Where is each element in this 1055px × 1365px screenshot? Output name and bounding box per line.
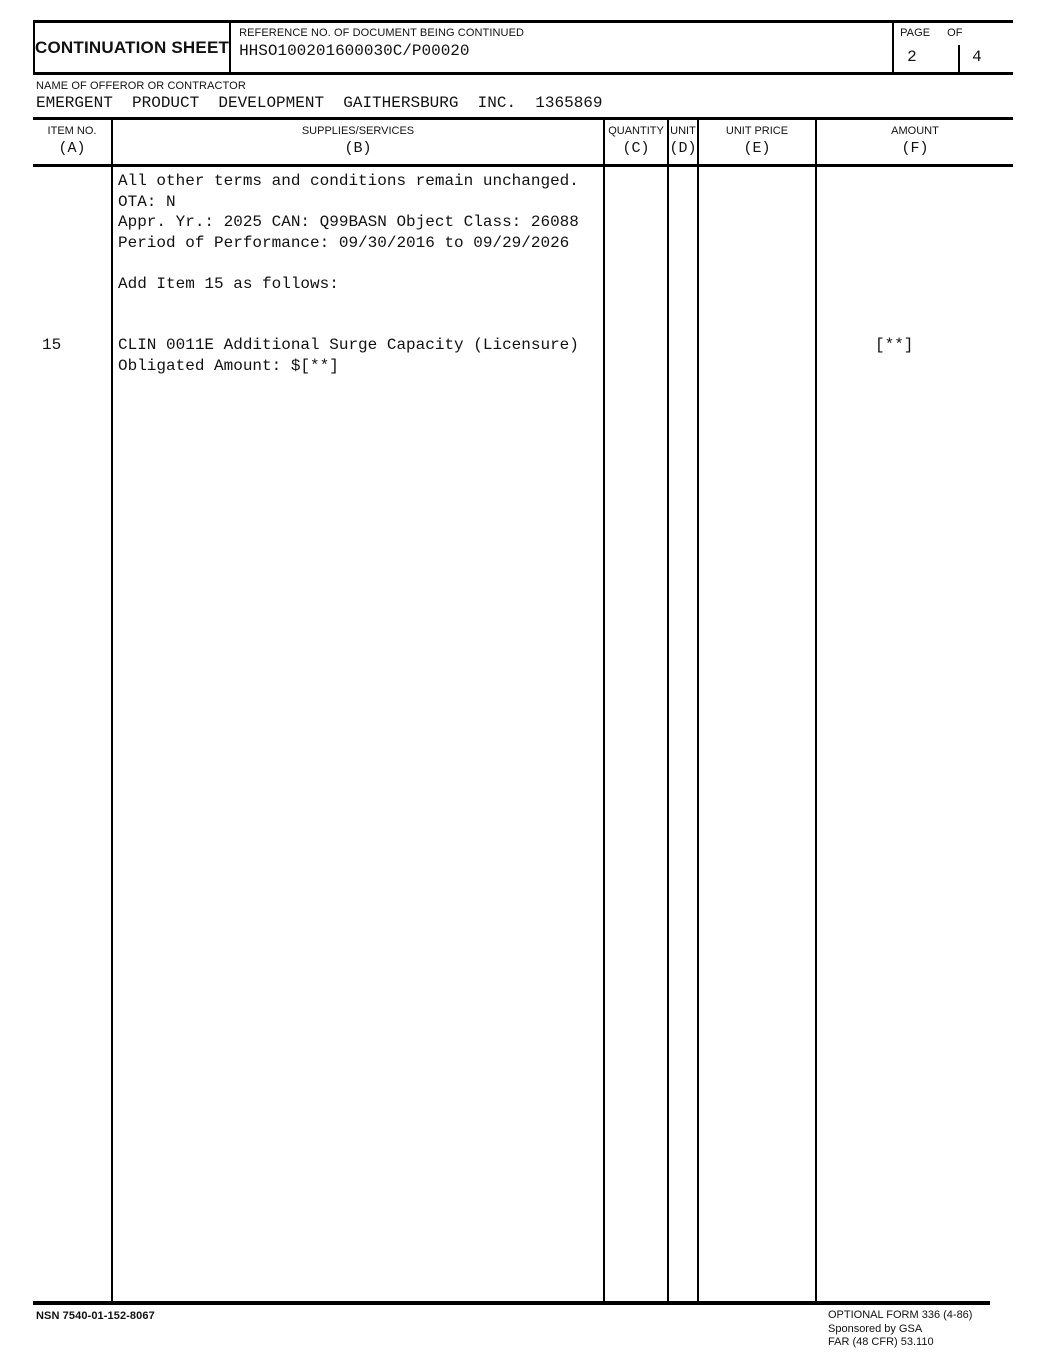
supplies-column: All other terms and conditions remain un… bbox=[113, 167, 603, 1303]
column-header-amount: AMOUNT (F) bbox=[817, 120, 1013, 164]
column-header-unit-price: UNIT PRICE (E) bbox=[699, 120, 815, 164]
reference-value: HHSO100201600030C/P00020 bbox=[239, 42, 892, 60]
form-header: CONTINUATION SHEET REFERENCE NO. OF DOCU… bbox=[33, 20, 1013, 75]
unit-price-text bbox=[699, 167, 815, 171]
column-header-quantity: QUANTITY (C) bbox=[605, 120, 667, 164]
nsn-number: NSN 7540-01-152-8067 bbox=[36, 1310, 155, 1322]
column-header-supplies: SUPPLIES/SERVICES (B) bbox=[113, 120, 603, 164]
table-header-row: ITEM NO. (A) SUPPLIES/SERVICES (B) QUANT… bbox=[33, 117, 1013, 167]
item-no-column: 15 bbox=[33, 167, 111, 1303]
page-label: PAGE bbox=[900, 27, 930, 39]
supplies-text: All other terms and conditions remain un… bbox=[113, 167, 603, 376]
amount-column: [**] bbox=[817, 167, 1013, 1303]
quantity-text bbox=[605, 167, 667, 171]
page-of-divider bbox=[958, 45, 960, 72]
of-label: OF bbox=[947, 27, 962, 39]
table-bottom-rule bbox=[33, 1301, 990, 1305]
form-far-reference: FAR (48 CFR) 53.110 bbox=[828, 1336, 972, 1350]
column-header-unit: UNIT (D) bbox=[669, 120, 697, 164]
reference-label: REFERENCE NO. OF DOCUMENT BEING CONTINUE… bbox=[239, 27, 892, 39]
amount-text: [**] bbox=[817, 167, 1013, 356]
quantity-column bbox=[605, 167, 667, 1303]
item-no-text: 15 bbox=[33, 167, 111, 356]
contractor-label: NAME OF OFFEROR OR CONTRACTOR bbox=[36, 80, 1013, 92]
reference-section: REFERENCE NO. OF DOCUMENT BEING CONTINUE… bbox=[231, 23, 892, 72]
continuation-sheet-page: CONTINUATION SHEET REFERENCE NO. OF DOCU… bbox=[0, 0, 1055, 1365]
table-body: 15 All other terms and conditions remain… bbox=[33, 167, 1013, 1303]
column-header-item-no: ITEM NO. (A) bbox=[33, 120, 111, 164]
form-sponsor: Sponsored by GSA bbox=[828, 1323, 972, 1337]
form-title: CONTINUATION SHEET bbox=[35, 23, 229, 72]
contractor-section: NAME OF OFFEROR OR CONTRACTOR EMERGENT P… bbox=[33, 80, 1013, 112]
page-number: 2 bbox=[907, 48, 917, 66]
form-number: OPTIONAL FORM 336 (4-86) bbox=[828, 1309, 972, 1323]
of-number: 4 bbox=[972, 48, 982, 66]
page-section: PAGE OF 2 4 bbox=[894, 23, 1013, 72]
unit-column bbox=[669, 167, 697, 1303]
contractor-name: EMERGENT PRODUCT DEVELOPMENT GAITHERSBUR… bbox=[36, 94, 1013, 112]
form-identification: OPTIONAL FORM 336 (4-86) Sponsored by GS… bbox=[828, 1309, 972, 1350]
unit-price-column bbox=[699, 167, 815, 1303]
unit-text bbox=[669, 167, 697, 171]
